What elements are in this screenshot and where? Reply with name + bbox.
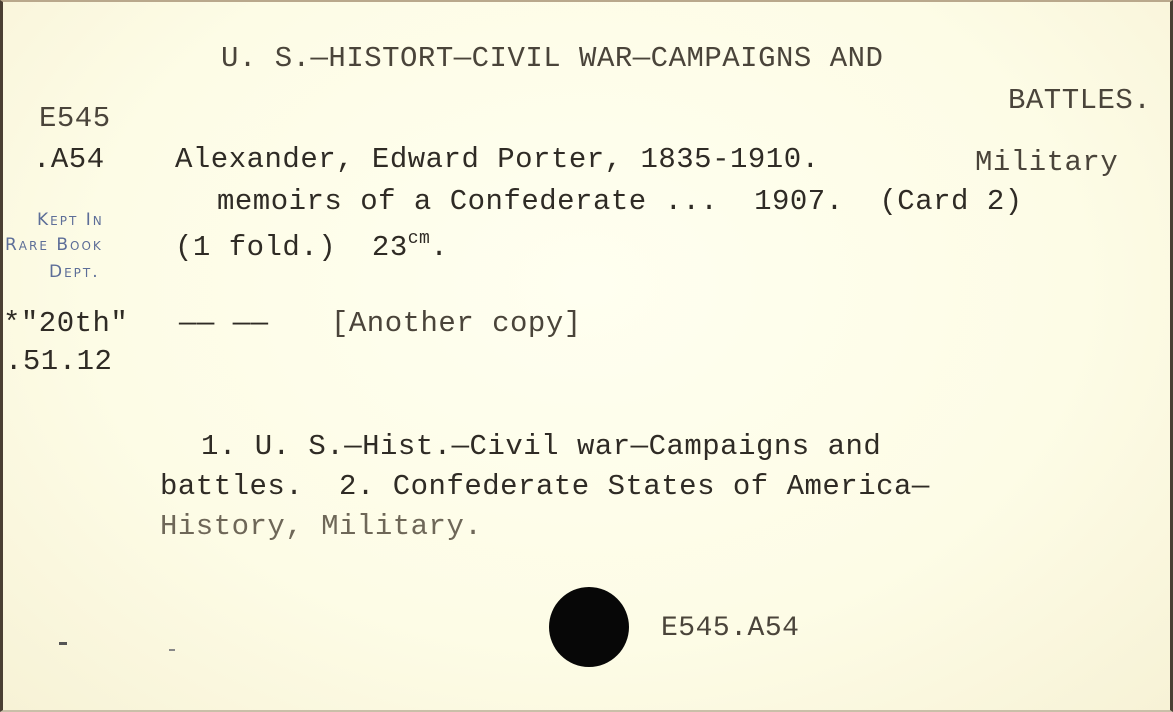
second-copy-call-line2: .51.12 xyxy=(5,347,112,376)
call-number-line1: E545 xyxy=(39,104,111,133)
rare-book-stamp-line1: Kept In xyxy=(37,212,104,229)
ink-speck xyxy=(169,649,175,651)
entry-title-start: Military xyxy=(975,148,1118,177)
tracing-line1: 1. U. S.—Hist.—Civil war—Campaigns and xyxy=(201,432,881,461)
tracing-line3: History, Military. xyxy=(160,512,482,541)
ink-speck xyxy=(59,642,67,645)
second-copy-note: [Another copy] xyxy=(331,309,582,338)
entry-collation-line: (1 fold.) 23cm. xyxy=(175,230,448,262)
collation-unit: cm xyxy=(408,229,431,249)
second-copy-call-line1: *"20th" xyxy=(3,309,128,338)
second-copy-dashes: —— —— xyxy=(179,309,269,338)
catalog-card: U. S.—HISTORT—CIVIL WAR—CAMPAIGNS AND BA… xyxy=(0,0,1173,712)
collation-period: . xyxy=(430,231,448,264)
collation-text: (1 fold.) 23 xyxy=(175,231,408,264)
footer-call-number: E545.A54 xyxy=(661,615,799,643)
entry-author-line: Alexander, Edward Porter, 1835-1910. xyxy=(175,145,820,174)
rare-book-stamp-line2: Rare Book xyxy=(5,237,103,254)
tracing-line2: battles. 2. Confederate States of Americ… xyxy=(160,472,930,501)
entry-title-line: memoirs of a Confederate ... 1907. (Card… xyxy=(217,187,1023,216)
call-number-line2: .A54 xyxy=(33,145,105,174)
subject-heading-line1: U. S.—HISTORT—CIVIL WAR—CAMPAIGNS AND xyxy=(221,44,883,73)
punch-hole xyxy=(549,587,629,667)
subject-heading-line2: BATTLES. xyxy=(1008,86,1151,115)
rare-book-stamp-line3: Dept. xyxy=(49,264,100,281)
